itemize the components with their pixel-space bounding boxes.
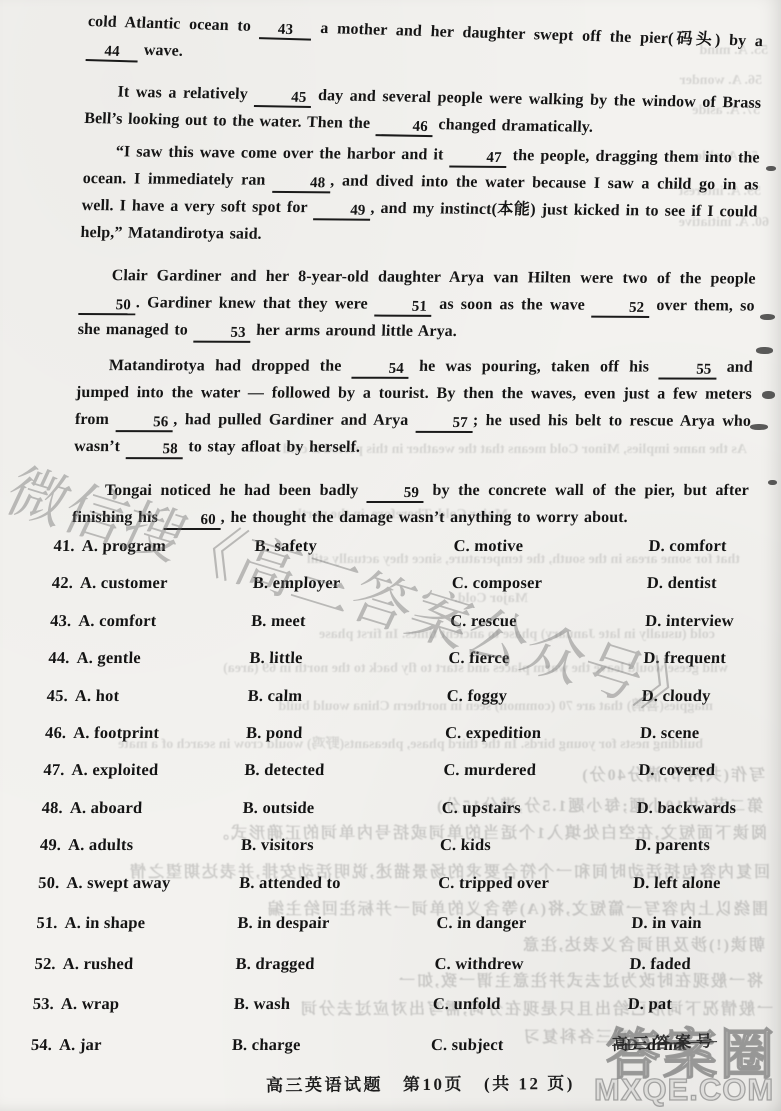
cloze-blank: 50 xyxy=(78,297,136,315)
option-c: C. in danger xyxy=(436,914,632,932)
passage-paragraph: Clair Gardiner and her 8-year-old daught… xyxy=(77,262,756,347)
option-b: B. detected xyxy=(244,761,444,779)
option-d: D. interview xyxy=(645,612,767,630)
cloze-blank: 44 xyxy=(86,43,139,63)
question-row: 46.A. footprintB. pondC. expeditionD. sc… xyxy=(44,724,762,761)
option-c: C. motive xyxy=(453,537,649,555)
cloze-blank: 59 xyxy=(366,485,424,503)
question-number: 46. xyxy=(45,724,67,742)
question-number: 43. xyxy=(50,612,72,630)
question-row: 50.A. swept awayB. attended toC. tripped… xyxy=(37,874,755,915)
option-a: A. in shape xyxy=(64,913,145,932)
option-d: D. parents xyxy=(635,836,757,854)
footer-total-pages: (共 12 页) xyxy=(484,1069,575,1095)
question-number: 49. xyxy=(40,836,62,854)
option-c: C. unfold xyxy=(432,995,628,1013)
cloze-blank: 56 xyxy=(116,414,174,432)
cloze-blank: 46 xyxy=(375,118,433,137)
footer-page-number: 第10页 xyxy=(403,1070,464,1095)
passage-paragraph: Matandirotya had dropped the 54 he was p… xyxy=(74,352,754,462)
option-a: A. footprint xyxy=(73,723,160,742)
cloze-blank: 54 xyxy=(351,361,409,379)
option-b: B. outside xyxy=(242,799,442,817)
option-a: A. exploited xyxy=(71,760,159,779)
cloze-blank: 45 xyxy=(254,89,312,108)
question-number: 51. xyxy=(36,914,58,932)
option-c: C. withdrew xyxy=(434,955,630,973)
cloze-blank: 52 xyxy=(592,300,650,318)
question-number: 50. xyxy=(38,874,60,892)
option-d: D. in vain xyxy=(631,914,753,932)
option-c: C. kids xyxy=(440,836,636,854)
question-row: 49.A. adultsB. visitorsC. kidsD. parents xyxy=(39,836,757,873)
option-a: A. comfort xyxy=(78,611,157,630)
option-b: B. attended to xyxy=(239,874,439,892)
question-number: 44. xyxy=(48,649,70,667)
option-a: A. swept away xyxy=(66,873,171,892)
cloze-blank: 58 xyxy=(125,441,183,459)
scan-smudge xyxy=(766,166,776,171)
option-a: A. adults xyxy=(68,835,134,854)
stamp-site-text: MXQE.COM xyxy=(594,1072,774,1108)
option-d: D. backwards xyxy=(636,799,758,817)
passage-paragraph: cold Atlantic ocean to 43 a mother and h… xyxy=(86,8,764,82)
option-b: B. charge xyxy=(232,1036,432,1054)
option-b: B. in despair xyxy=(237,914,437,932)
option-b: B. visitors xyxy=(241,836,441,854)
option-a: A. wrap xyxy=(61,994,120,1013)
question-number: 54. xyxy=(31,1036,53,1054)
cloze-blank: 48 xyxy=(273,175,331,194)
option-d: D. comfort xyxy=(648,537,770,555)
option-b: B. dragged xyxy=(235,955,435,973)
question-number: 48. xyxy=(41,799,63,817)
question-number: 45. xyxy=(46,687,68,705)
cloze-blank: 49 xyxy=(313,202,371,221)
option-c: C. murdered xyxy=(443,761,639,779)
page-footer: 高三英语试题 第10页 (共 12 页) xyxy=(266,1069,575,1096)
option-b: B. wash xyxy=(233,995,433,1013)
option-c: C. tripped over xyxy=(438,874,634,892)
question-number: 52. xyxy=(34,955,56,973)
cloze-blank: 43 xyxy=(259,21,312,41)
question-row: 51.A. in shapeB. in despairC. in dangerD… xyxy=(35,914,753,955)
option-a: A. hot xyxy=(75,686,120,705)
question-row: 52.A. rushedB. draggedC. withdrewD. fade… xyxy=(33,955,751,996)
question-number: 47. xyxy=(43,761,65,779)
passage-paragraph: “I saw this wave come over the harbor an… xyxy=(80,138,760,252)
option-a: A. customer xyxy=(80,573,168,592)
watermark-fragment: 高三答案号 xyxy=(612,1028,718,1055)
exam-page-scan: 55. A. mind56. A. wonder57. A. aside58. … xyxy=(0,0,781,1111)
scan-smudge xyxy=(762,391,775,399)
option-a: A. rushed xyxy=(62,954,133,973)
option-d: D. covered xyxy=(638,761,760,779)
question-number: 53. xyxy=(32,995,54,1013)
option-c: C. expedition xyxy=(445,724,641,742)
cloze-blank: 53 xyxy=(193,325,251,343)
cloze-blank: 55 xyxy=(659,362,717,380)
scan-smudge xyxy=(768,480,777,485)
option-b: B. pond xyxy=(246,724,446,742)
scan-smudge xyxy=(756,347,773,354)
cloze-blank: 47 xyxy=(449,150,507,169)
scan-smudge xyxy=(750,424,768,430)
passage: cold Atlantic ocean to 43 a mother and h… xyxy=(72,8,764,531)
cloze-blank: 51 xyxy=(374,299,432,317)
option-b: B. calm xyxy=(247,687,447,705)
option-c: C. subject xyxy=(431,1036,627,1054)
passage-paragraph: It was a relatively 45 day and several p… xyxy=(84,78,762,144)
option-d: D. left alone xyxy=(633,874,755,892)
option-c: C. upstairs xyxy=(441,799,637,817)
option-d: D. dentist xyxy=(646,574,768,592)
option-a: A. jar xyxy=(59,1035,102,1054)
footer-exam-title: 高三英语试题 xyxy=(266,1070,383,1096)
question-row: 48.A. aboardB. outsideC. upstairsD. back… xyxy=(40,799,758,836)
option-d: D. pat xyxy=(627,995,749,1013)
question-number: 42. xyxy=(51,574,73,592)
cloze-blank: 57 xyxy=(415,415,473,433)
question-row: 47.A. exploitedB. detectedC. murderedD. … xyxy=(42,761,760,798)
scan-smudge xyxy=(760,314,775,320)
option-d: D. faded xyxy=(629,955,751,973)
option-a: A. gentle xyxy=(76,648,141,667)
option-a: A. aboard xyxy=(70,798,143,817)
